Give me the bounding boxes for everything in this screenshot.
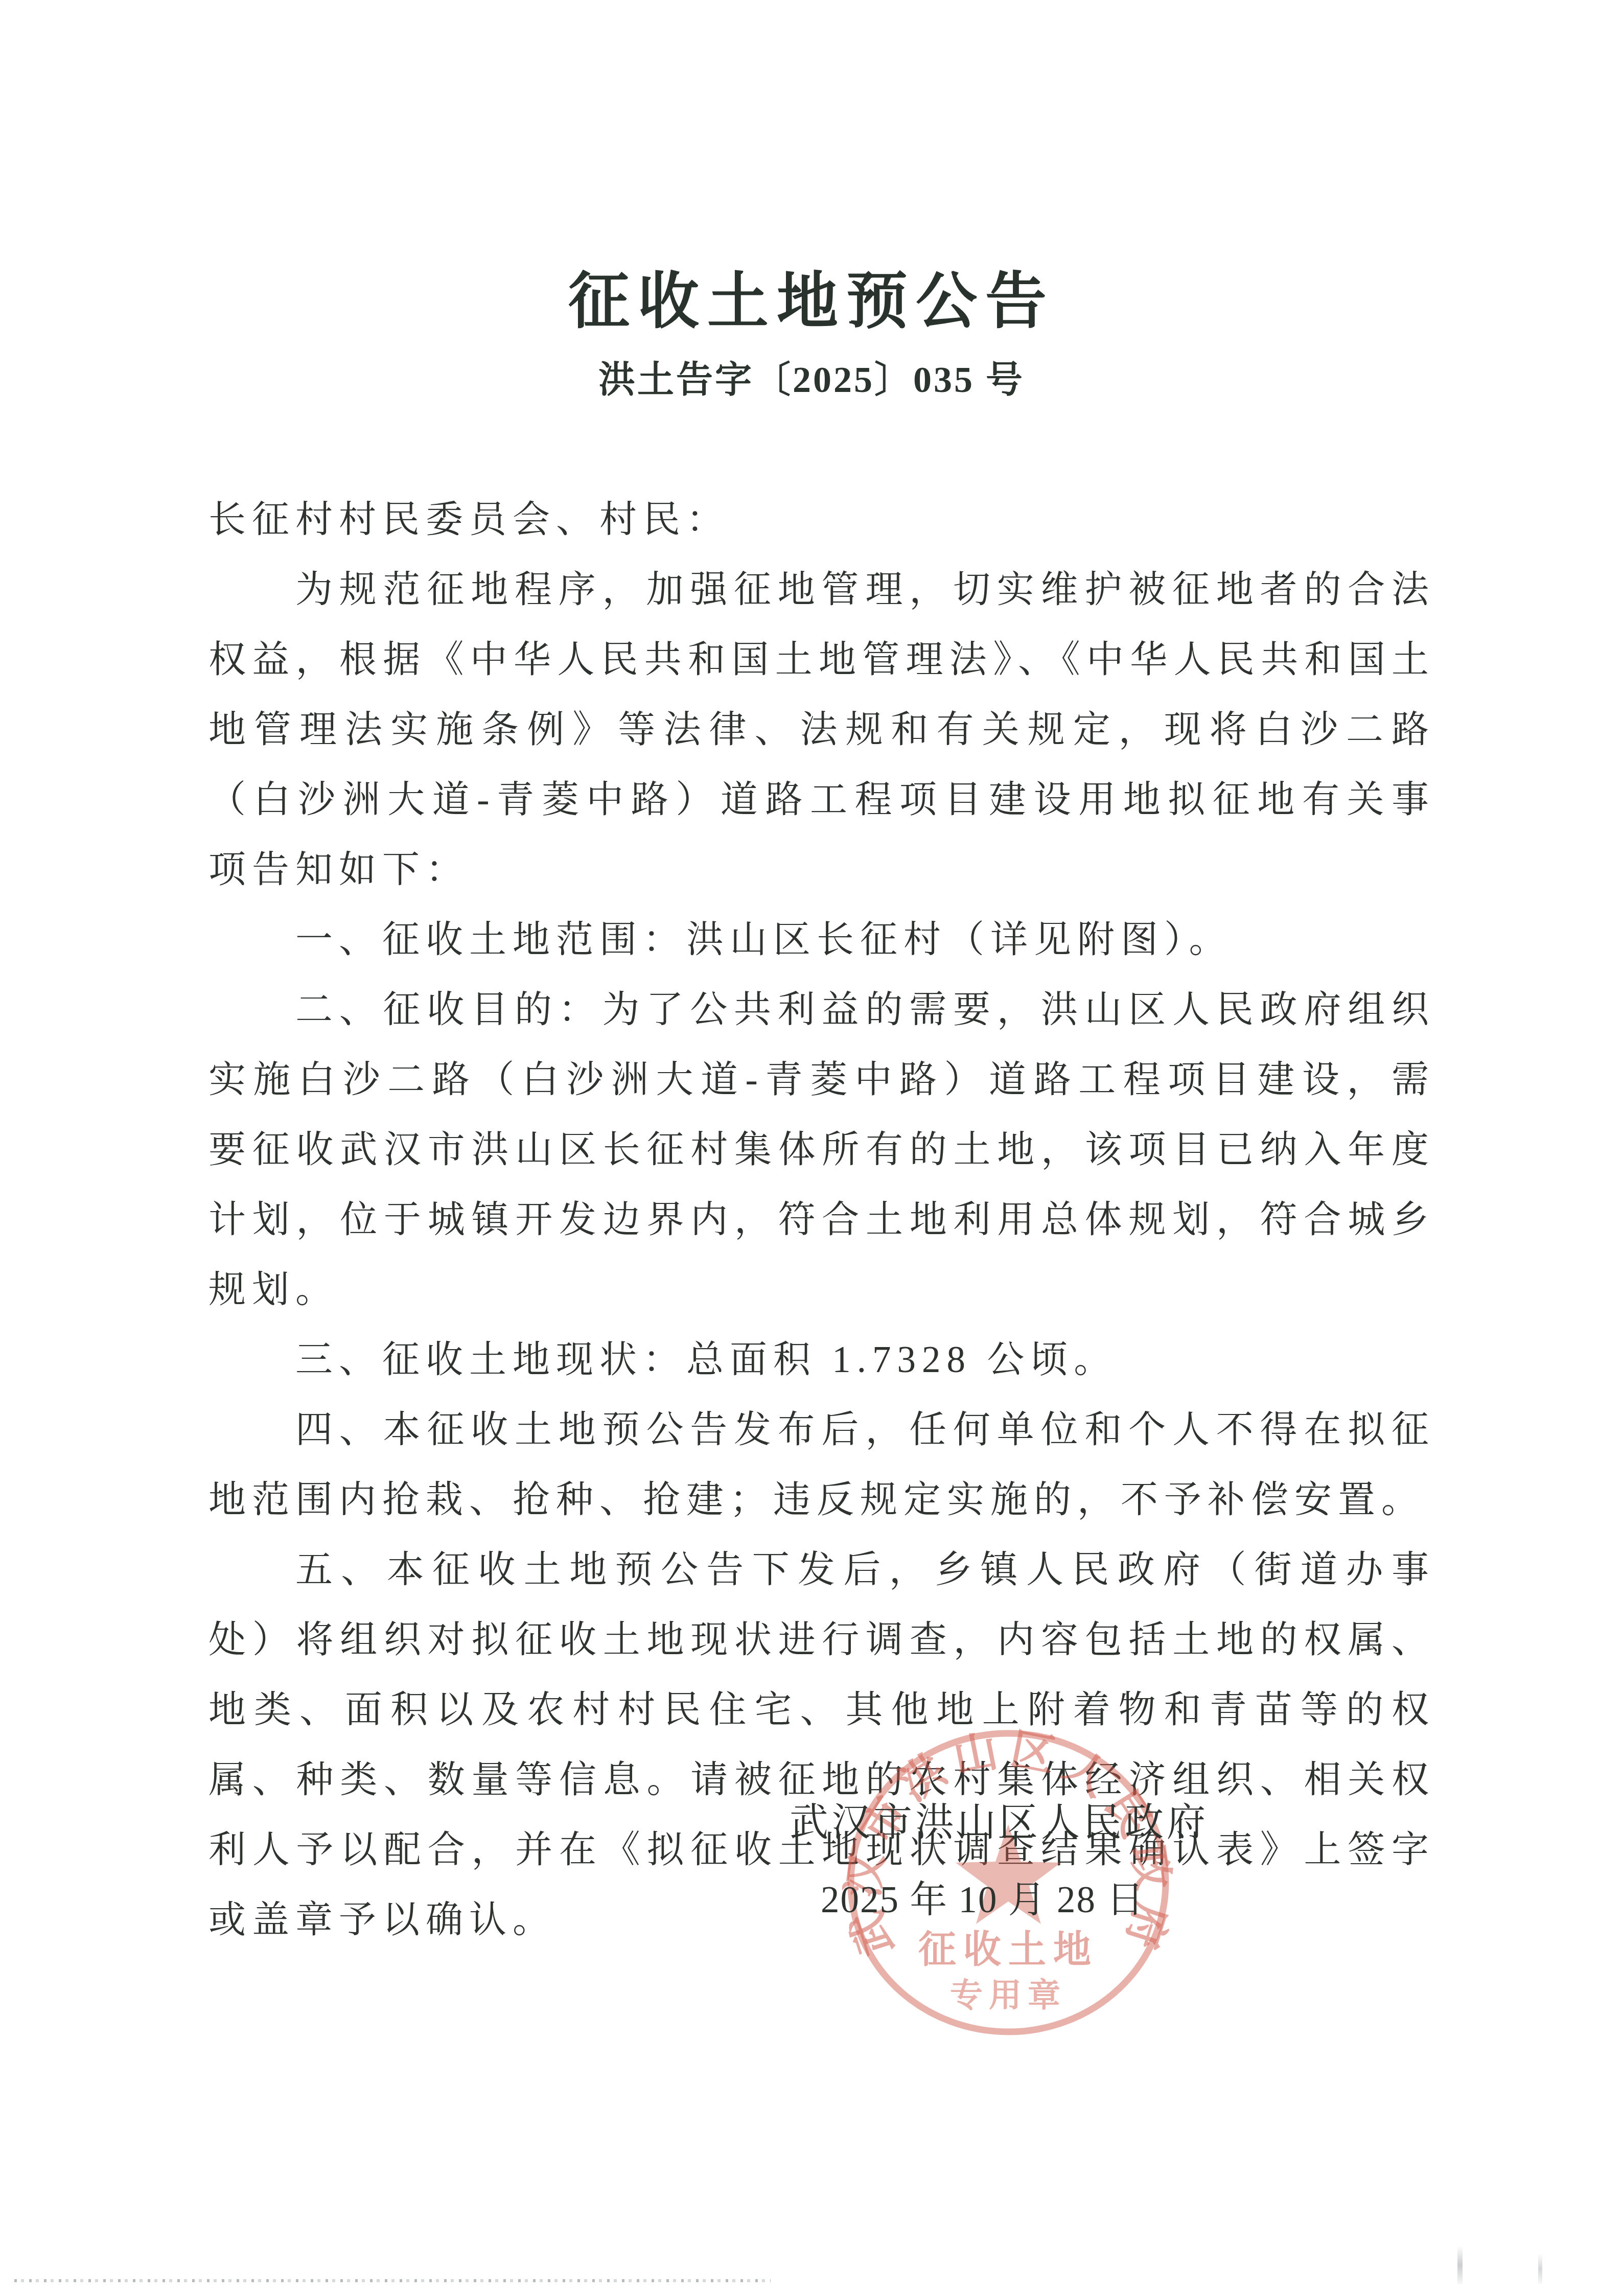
seal-center-line1: 征收土地 — [918, 1929, 1098, 1971]
seal-center-line2: 专用章 — [950, 1977, 1066, 2013]
scan-artifact-bottom-line — [14, 2279, 771, 2282]
paragraph: 为规范征地程序，加强征地管理，切实维护被征地者的合法权益，根据《中华人民共和国土… — [208, 554, 1435, 905]
document-page: 征收土地预公告 洪土告字〔2025〕035 号 长征村村民委员会、村民： 为规范… — [0, 0, 1623, 2296]
document-title: 征收土地预公告 — [0, 268, 1623, 335]
signature-issuer: 武汉市洪山区人民政府 — [790, 1800, 1209, 1846]
document-body: 长征村村民委员会、村民： 为规范征地程序，加强征地管理，切实维护被征地者的合法权… — [208, 484, 1435, 1955]
paragraph: 二、征收目的：为了公共利益的需要，洪山区人民政府组织实施白沙二路（白沙洲大道-青… — [208, 975, 1435, 1325]
salutation: 长征村村民委员会、村民： — [208, 484, 1435, 554]
paragraph: 三、征收土地现状：总面积 1.7328 公顷。 — [208, 1325, 1435, 1395]
scan-artifact-speck — [1457, 2246, 1463, 2284]
paragraph: 四、本征收土地预公告发布后，任何单位和个人不得在拟征地范围内抢栽、抢种、抢建；违… — [208, 1395, 1435, 1535]
scan-artifact-speck — [1538, 2254, 1542, 2284]
signature-date: 2025 年 10 月 28 日 — [821, 1877, 1145, 1922]
body-paragraphs: 为规范征地程序，加强征地管理，切实维护被征地者的合法权益，根据《中华人民共和国土… — [208, 554, 1435, 1955]
paragraph: 一、征收土地范围：洪山区长征村（详见附图）。 — [208, 905, 1435, 975]
document-number: 洪土告字〔2025〕035 号 — [0, 358, 1623, 402]
